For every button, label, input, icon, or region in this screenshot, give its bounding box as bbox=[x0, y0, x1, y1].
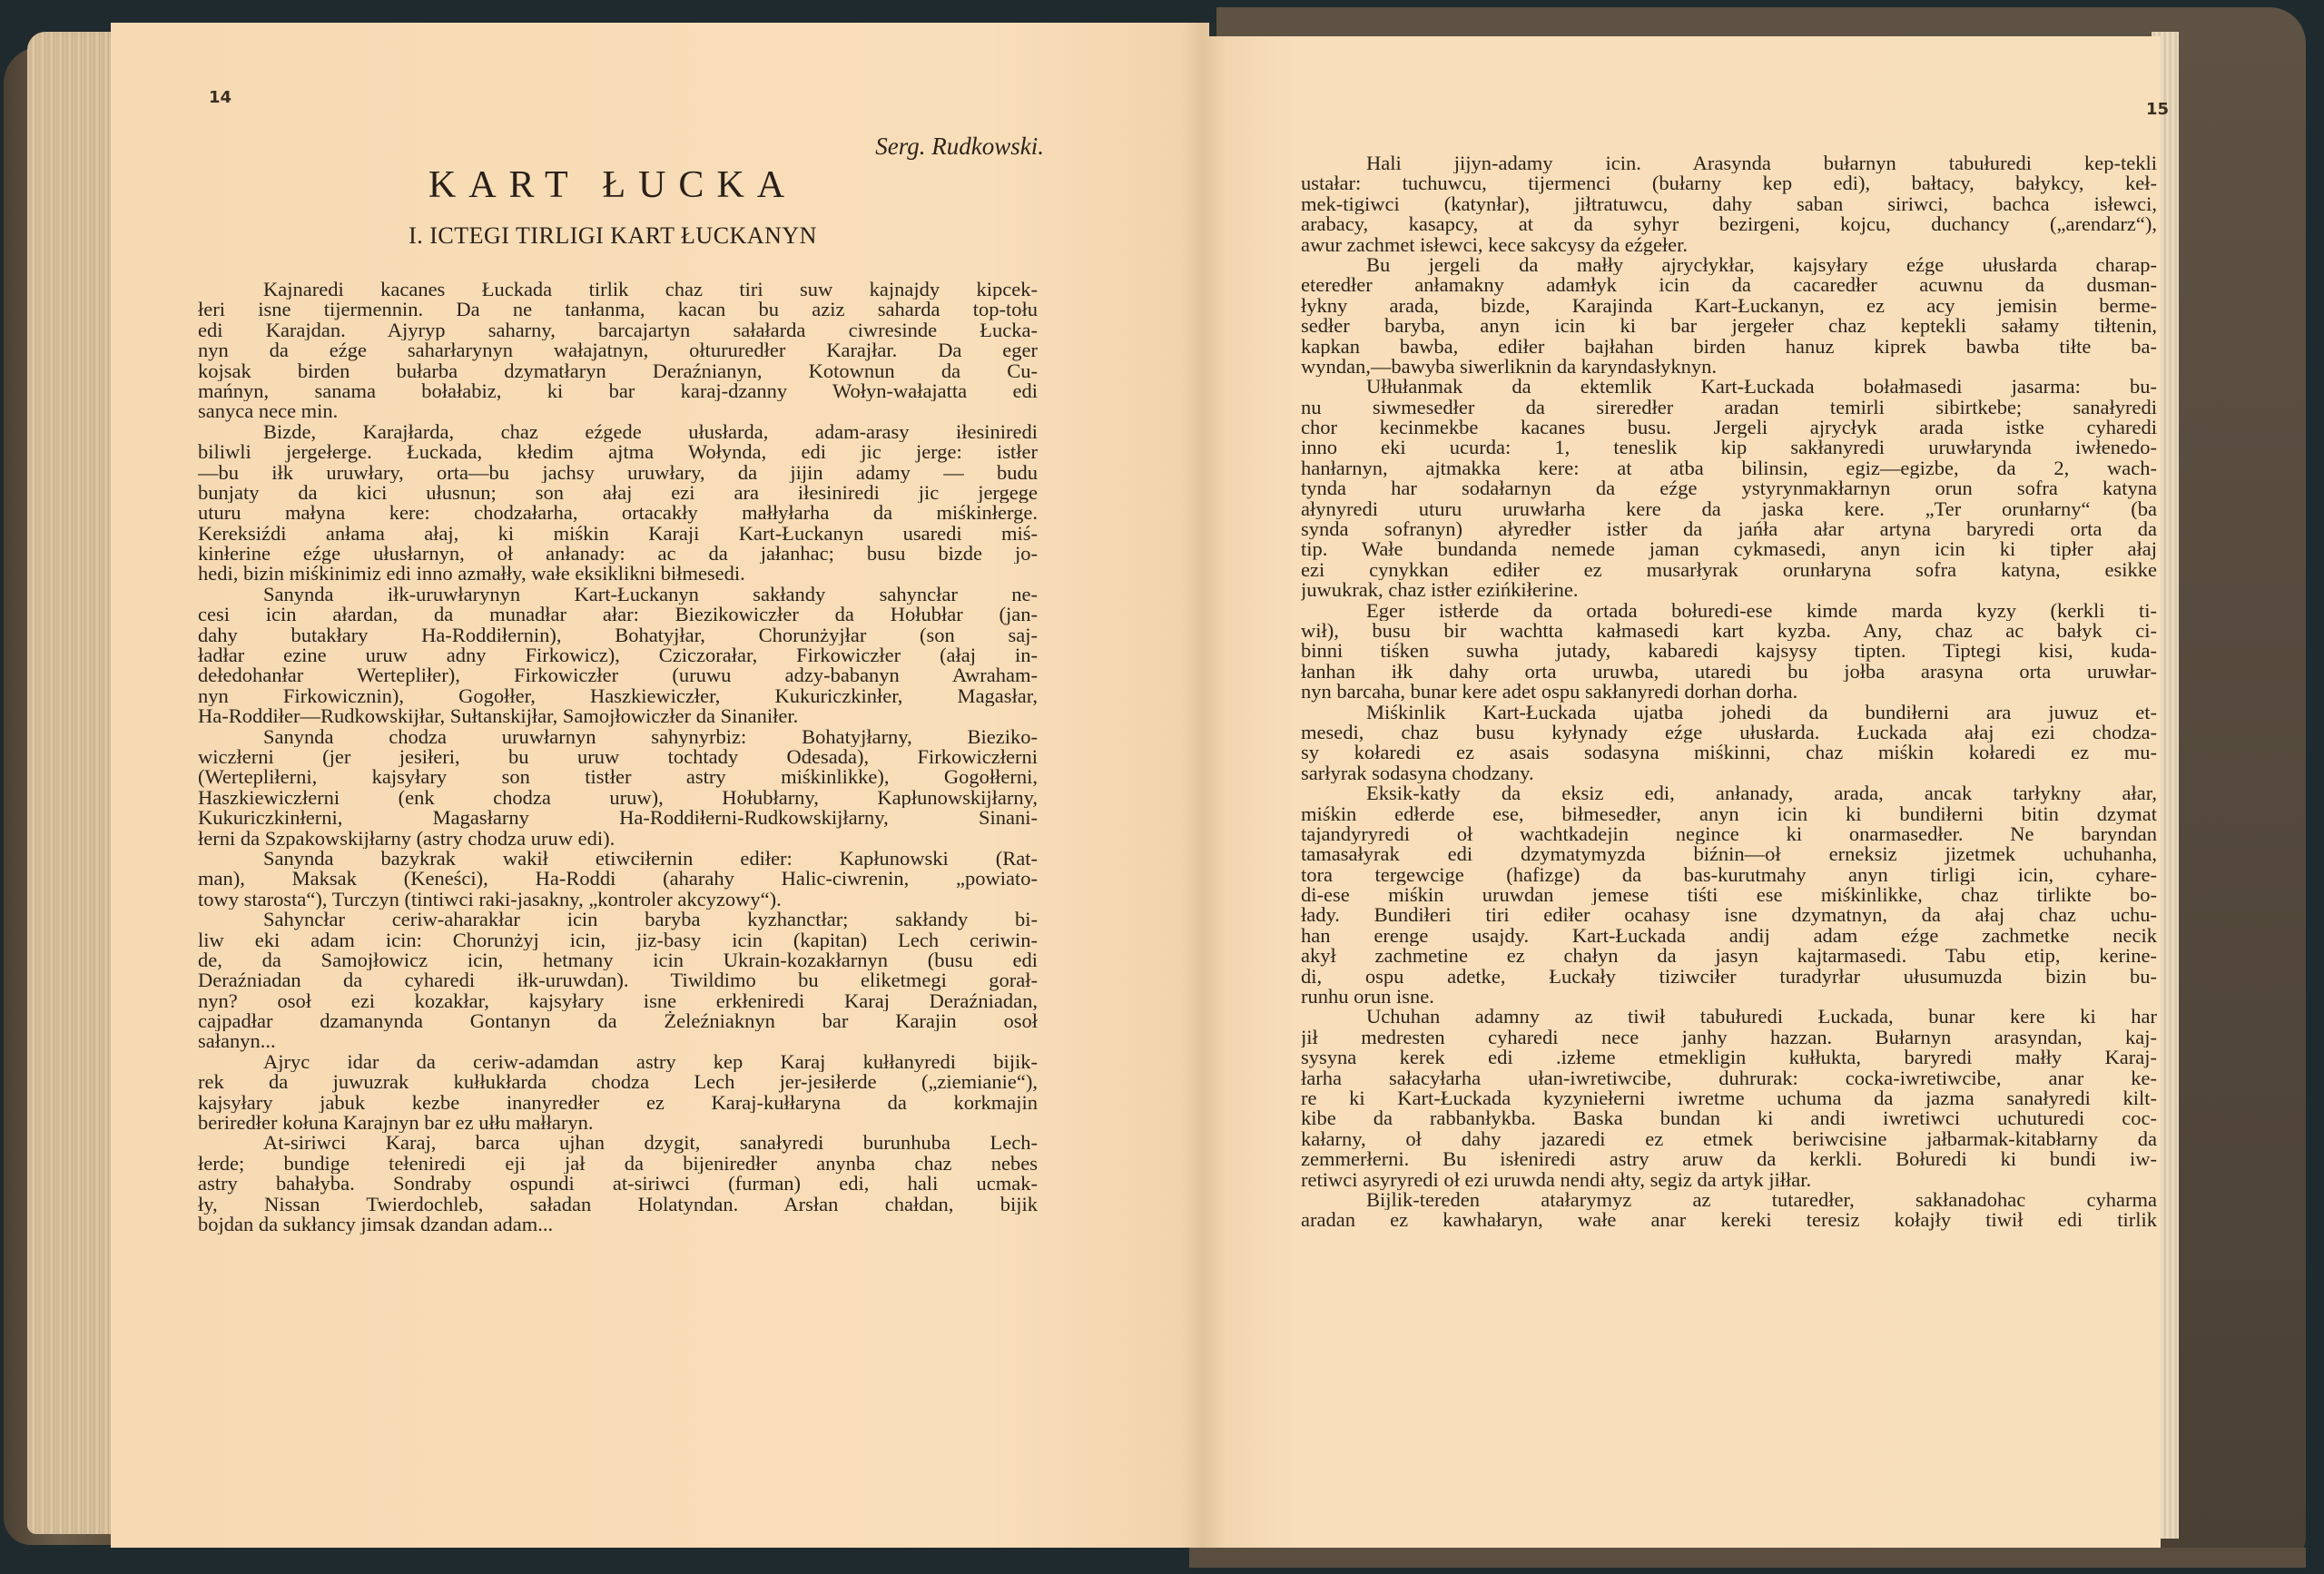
text-line-content: dełedohanłar Wertepliłer), Firkowiczłer … bbox=[198, 665, 1038, 685]
text-line-content: (Wertepliłerni, kajsyłary son tistłer as… bbox=[198, 767, 1038, 787]
text-line: bunjaty da kici ułusnun; son ałaj ezi ar… bbox=[198, 483, 1038, 503]
text-line-content: di-ese miśkin uruwdan jemese tiśti ese m… bbox=[1301, 885, 2157, 905]
text-line: aradan ez kawhałaryn, wałe anar kereki t… bbox=[1301, 1210, 2157, 1230]
text-line: nyn da eźge saharłarynyn wałajatnyn, ołt… bbox=[198, 340, 1038, 360]
text-line: Bu jergeli da małły ajrycłykłar, kajsyła… bbox=[1301, 255, 2157, 275]
text-line: wił), busu bir wachtta kałmasedi kart ky… bbox=[1301, 621, 2157, 641]
text-line-content: Uchuhan adamny az tiwił tabułuredi Łucka… bbox=[1301, 1007, 2157, 1027]
text-line-content: ałynyredi uturu uruwłarha kere da jaska … bbox=[1301, 499, 2157, 519]
text-line-content: mańnyn, sanama bołałabiz, ki bar karaj-d… bbox=[198, 381, 1038, 401]
text-line: towy starosta“), Turczyn (tintiwci raki-… bbox=[198, 890, 1038, 910]
text-line: han erenge usajdy. Kart-Łuckada andij ad… bbox=[1301, 926, 2157, 946]
text-line-content: Eger istłerde da ortada bołuredi-ese kim… bbox=[1301, 601, 2157, 621]
text-line: eteredłer anłamakny adamłyk icin da caca… bbox=[1301, 275, 2157, 295]
text-line: Bizde, Karajłarda, chaz eźgede ułusłarda… bbox=[198, 422, 1038, 442]
page-edges-left bbox=[27, 32, 118, 1534]
text-line: Haszkiewiczłerni (enk chodza uruw), Hołu… bbox=[198, 788, 1038, 808]
text-line: kojsak birden bułarba dzymatłaryn Deraźn… bbox=[198, 361, 1038, 381]
text-line-content: sedłer baryba, anyn icin ki bar jergełer… bbox=[1301, 316, 2157, 336]
text-line-content: kapkan bawba, ediłer bajłahan birden han… bbox=[1301, 337, 2157, 357]
text-line: Sanynda iłk-uruwłarynyn Kart-Łuckanyn sa… bbox=[198, 585, 1038, 605]
text-line: inno eki ucurda: 1, teneslik kip sakłany… bbox=[1301, 438, 2157, 457]
text-line-content: ustałar: tuchuwcu, tijermenci (bułarny k… bbox=[1301, 173, 2157, 193]
text-line: ły, Nissan Twierdochleb, saładan Holatyn… bbox=[198, 1195, 1038, 1215]
text-line-content: Bijlik-tereden atałarymyz az tutaredłer,… bbox=[1301, 1190, 2157, 1210]
text-line: Bijlik-tereden atałarymyz az tutaredłer,… bbox=[1301, 1190, 2157, 1210]
text-line-content: Eksik-katły da eksiz edi, anłanady, arad… bbox=[1301, 783, 2157, 803]
text-line-content: inno eki ucurda: 1, teneslik kip sakłany… bbox=[1301, 438, 2157, 457]
text-line: bojdan da sukłancy jimsak dzandan adam..… bbox=[198, 1215, 1038, 1235]
text-line: ustałar: tuchuwcu, tijermenci (bułarny k… bbox=[1301, 173, 2157, 193]
text-line-content: bojdan da sukłancy jimsak dzandan adam..… bbox=[198, 1215, 1038, 1235]
text-line-content: tip. Wałe bundanda nemede jaman cykmased… bbox=[1301, 539, 2157, 559]
text-line-content: zemmerłerni. Bu isłeniredi astry aruw da… bbox=[1301, 1149, 2157, 1169]
text-line: Kereksiźdi anłama ałaj, ki miśkin Karaji… bbox=[198, 524, 1038, 544]
text-line-content: awur zachmet isłewci, kece sakcysy da eź… bbox=[1301, 235, 2157, 255]
text-line: sy kołaredi ez asais sodasyna miśkinni, … bbox=[1301, 743, 2157, 762]
text-line: Ha-Roddiłer—Rudkowskijłar, Sułtanskijłar… bbox=[198, 706, 1038, 726]
text-line-content: Sanynda iłk-uruwłarynyn Kart-Łuckanyn sa… bbox=[198, 585, 1038, 605]
text-line: arabacy, kasapcy, at da syhyr bezirgeni,… bbox=[1301, 214, 2157, 234]
text-line-content: han erenge usajdy. Kart-Łuckada andij ad… bbox=[1301, 926, 2157, 946]
text-line: di-ese miśkin uruwdan jemese tiśti ese m… bbox=[1301, 885, 2157, 905]
text-line: łanhan iłk dahy orta uruwba, utaredi bu … bbox=[1301, 662, 2157, 682]
text-line: de, da Samojłowicz icin, hetmany icin Uk… bbox=[198, 950, 1038, 970]
text-line-content: uturu małyna kere: chodzałarha, ortacakł… bbox=[198, 503, 1038, 523]
text-line-content: man), Maksak (Keneści), Ha-Roddi (aharah… bbox=[198, 869, 1038, 889]
text-line: łykny arada, bizde, Karajinda Kart-Łucka… bbox=[1301, 296, 2157, 316]
text-line-content: jił medresten cyharedi nece janhy hazzan… bbox=[1301, 1028, 2157, 1048]
text-line-content: akył zachmetine ez chałyn da jasyn kajta… bbox=[1301, 946, 2157, 966]
text-line-content: wił), busu bir wachtta kałmasedi kart ky… bbox=[1301, 621, 2157, 641]
text-line-content: Sanynda bazykrak wakił etiwciłernin edił… bbox=[198, 849, 1038, 869]
text-line-content: Ajryc idar da ceriw-adamdan astry kep Ka… bbox=[198, 1052, 1038, 1072]
text-line-content: beriredłer kołuna Karajnyn bar ez ułłu m… bbox=[198, 1113, 1038, 1133]
text-line: rek da juwuzrak kułłukłarda chodza Lech … bbox=[198, 1072, 1038, 1092]
text-line: man), Maksak (Keneści), Ha-Roddi (aharah… bbox=[198, 869, 1038, 889]
text-line-content: łykny arada, bizde, Karajinda Kart-Łucka… bbox=[1301, 296, 2157, 316]
text-line: łerde; bundige tełeniredi eji jał da bij… bbox=[198, 1154, 1038, 1174]
text-line-content: edi Karajdan. Ajyryp saharny, barcajarty… bbox=[198, 320, 1038, 340]
text-line: miśkin edłerde ese, biłmesedłer, anyn ic… bbox=[1301, 804, 2157, 824]
text-line-content: miśkin edłerde ese, biłmesedłer, anyn ic… bbox=[1301, 804, 2157, 824]
text-line: sarłyrak sodasyna chodzany. bbox=[1301, 763, 2157, 783]
text-line: sanyca nece min. bbox=[198, 401, 1038, 421]
text-line: beriredłer kołuna Karajnyn bar ez ułłu m… bbox=[198, 1113, 1038, 1133]
text-line-content: hanłarnyn, ajtmakka kere: at atba bilins… bbox=[1301, 458, 2157, 478]
text-line: tora tergewcige (hafizge) da bas-kurutma… bbox=[1301, 865, 2157, 885]
text-line-content: kajsyłary jabuk kezbe inanyredłer ez Kar… bbox=[198, 1093, 1038, 1113]
text-line: dełedohanłar Wertepliłer), Firkowiczłer … bbox=[198, 665, 1038, 685]
text-line-content: biliwli jergełerge. Łuckada, kłedim ajtm… bbox=[198, 442, 1038, 462]
text-line: Eger istłerde da ortada bołuredi-ese kim… bbox=[1301, 601, 2157, 621]
text-line-content: kinłerine eźge ułusłarnyn, oł anłanady: … bbox=[198, 544, 1038, 564]
text-line: łady. Bundiłeri tiri ediłer ocahasy isne… bbox=[1301, 905, 2157, 925]
text-line-content: astry bahałyba. Sondraby ospundi at-siri… bbox=[198, 1174, 1038, 1194]
text-line: liw eki adam icin: Chorunżyj icin, jiz-b… bbox=[198, 930, 1038, 950]
text-line: binni tiśken suwha jutady, kabaredi kajs… bbox=[1301, 641, 2157, 661]
left-page-body-text: Kajnaredi kacanes Łuckada tirlik chaz ti… bbox=[198, 280, 1038, 1235]
text-line-content: Sanynda chodza uruwłarnyn sahynyrbiz: Bo… bbox=[198, 727, 1038, 747]
text-line: ładłar ezine uruw adny Firkowicz), Czicz… bbox=[198, 645, 1038, 665]
text-line: cesi icin ałardan, da munadłar ałar: Bie… bbox=[198, 605, 1038, 625]
text-line: mańnyn, sanama bołałabiz, ki bar karaj-d… bbox=[198, 381, 1038, 401]
text-line-content: Kukuriczkinłerni, Magasłarny Ha-Roddiłer… bbox=[198, 808, 1038, 828]
text-line: ałynyredi uturu uruwłarha kere da jaska … bbox=[1301, 499, 2157, 519]
text-line-content: Kereksiźdi anłama ałaj, ki miśkin Karaji… bbox=[198, 524, 1038, 544]
text-line-content: kibe da rabbanłykba. Baska bundan ki and… bbox=[1301, 1108, 2157, 1128]
text-line: ezi cynykkan ediłer ez musarłyrak orunła… bbox=[1301, 560, 2157, 580]
text-line-content: Hali jijyn-adamy icin. Arasynda bułarnyn… bbox=[1301, 153, 2157, 173]
text-line: Kukuriczkinłerni, Magasłarny Ha-Roddiłer… bbox=[198, 808, 1038, 828]
text-line: kałarny, oł dahy jazaredi ez etmek beriw… bbox=[1301, 1129, 2157, 1149]
text-line: retiwci asyryredi oł ezi uruwda nendi ał… bbox=[1301, 1170, 2157, 1190]
text-line-content: runhu orun isne. bbox=[1301, 987, 2157, 1007]
text-line: wiczłerni (jer jesiłeri, bu uruw tochtad… bbox=[198, 747, 1038, 767]
text-line: mek-tigiwci (katynłar), jiłtratuwcu, dah… bbox=[1301, 194, 2157, 214]
text-line: runhu orun isne. bbox=[1301, 987, 2157, 1007]
text-line-content: sy kołaredi ez asais sodasyna miśkinni, … bbox=[1301, 743, 2157, 762]
text-line: (Wertepliłerni, kajsyłary son tistłer as… bbox=[198, 767, 1038, 787]
text-line-content: nyn da eźge saharłarynyn wałajatnyn, ołt… bbox=[198, 340, 1038, 360]
text-line: hedi, bizin miśkinimiz edi inno azmałły,… bbox=[198, 564, 1038, 584]
book-gutter bbox=[1180, 23, 1226, 1548]
text-line-content: nyn Firkowicznin), Gogołłer, Haszkiewicz… bbox=[198, 686, 1038, 706]
text-line-content: Ha-Roddiłer—Rudkowskijłar, Sułtanskijłar… bbox=[198, 706, 1038, 726]
text-line-content: Kajnaredi kacanes Łuckada tirlik chaz ti… bbox=[198, 280, 1038, 300]
text-line-content: cesi icin ałardan, da munadłar ałar: Bie… bbox=[198, 605, 1038, 625]
text-line-content: łerni da Szpakowskijłarny (astry chodza … bbox=[198, 829, 1038, 849]
text-line-content: de, da Samojłowicz icin, hetmany icin Uk… bbox=[198, 950, 1038, 970]
text-line: sedłer baryba, anyn icin ki bar jergełer… bbox=[1301, 316, 2157, 336]
book-spread-scan: 14 15 Serg. Rudkowski. KART ŁUCKA I. ICT… bbox=[0, 0, 2324, 1574]
text-line: nyn Firkowicznin), Gogołłer, Haszkiewicz… bbox=[198, 686, 1038, 706]
text-line: łarha sałacyłarha ułan-iwretiwcibe, duhr… bbox=[1301, 1068, 2157, 1088]
text-line: tynda har sodałarnyn da eźge ystyrynmakł… bbox=[1301, 478, 2157, 498]
text-line-content: Miśkinlik Kart-Łuckada ujatba johedi da … bbox=[1301, 703, 2157, 723]
text-line-content: aradan ez kawhałaryn, wałe anar kereki t… bbox=[1301, 1210, 2157, 1230]
text-line-content: nyn barcaha, bunar kere adet ospu sakłan… bbox=[1301, 682, 2157, 702]
text-line-content: liw eki adam icin: Chorunżyj icin, jiz-b… bbox=[198, 930, 1038, 950]
text-line: kapkan bawba, ediłer bajłahan birden han… bbox=[1301, 337, 2157, 357]
text-line-content: juwukrak, chaz istłer ezińkiłerine. bbox=[1301, 580, 2157, 600]
text-line-content: bunjaty da kici ułusnun; son ałaj ezi ar… bbox=[198, 483, 1038, 503]
page-number-left: 14 bbox=[209, 88, 231, 107]
text-line-content: mesedi, chaz busu kyłynady eźge ułusłard… bbox=[1301, 723, 2157, 743]
text-line: kajsyłary jabuk kezbe inanyredłer ez Kar… bbox=[198, 1093, 1038, 1113]
text-line: chor kecinmekbe kacanes busu. Jergeli aj… bbox=[1301, 418, 2157, 438]
text-line: kinłerine eźge ułusłarnyn, oł anłanady: … bbox=[198, 544, 1038, 564]
text-line-content: towy starosta“), Turczyn (tintiwci raki-… bbox=[198, 890, 1038, 910]
text-line-content: tamasałyrak edi dzymatymyzda biźnin—oł e… bbox=[1301, 844, 2157, 864]
text-line: Kajnaredi kacanes Łuckada tirlik chaz ti… bbox=[198, 280, 1038, 300]
text-line-content: łarha sałacyłarha ułan-iwretiwcibe, duhr… bbox=[1301, 1068, 2157, 1088]
text-line: Miśkinlik Kart-Łuckada ujatba johedi da … bbox=[1301, 703, 2157, 723]
text-line-content: Bu jergeli da małły ajrycłykłar, kajsyła… bbox=[1301, 255, 2157, 275]
text-line: hanłarnyn, ajtmakka kere: at atba bilins… bbox=[1301, 458, 2157, 478]
text-line: łerni da Szpakowskijłarny (astry chodza … bbox=[198, 829, 1038, 849]
text-line-content: wiczłerni (jer jesiłeri, bu uruw tochtad… bbox=[198, 747, 1038, 767]
text-line-content: kojsak birden bułarba dzymatłaryn Deraźn… bbox=[198, 361, 1038, 381]
text-line: tajandyryredi oł wachtkadejin negince ki… bbox=[1301, 824, 2157, 844]
text-line: dahy butakłary Ha-Roddiłernin), Bohatyjł… bbox=[198, 625, 1038, 645]
text-line: synda sofranyn) ałyredłer istłer da jańł… bbox=[1301, 519, 2157, 539]
right-page-body-text: Hali jijyn-adamy icin. Arasynda bułarnyn… bbox=[1301, 153, 2157, 1231]
text-line: sałanyn... bbox=[198, 1031, 1038, 1051]
text-line: łeri isne tijermennin. Da ne tanłanma, k… bbox=[198, 300, 1038, 320]
text-line: Eksik-katły da eksiz edi, anłanady, arad… bbox=[1301, 783, 2157, 803]
text-line-content: Sahyncłar ceriw-aharakłar icin baryba ky… bbox=[198, 910, 1038, 930]
text-line-content: łady. Bundiłeri tiri ediłer ocahasy isne… bbox=[1301, 905, 2157, 925]
text-line-content: tora tergewcige (hafizge) da bas-kurutma… bbox=[1301, 865, 2157, 885]
text-line: biliwli jergełerge. Łuckada, kłedim ajtm… bbox=[198, 442, 1038, 462]
text-line-content: re ki Kart-Łuckada kyzyniełerni iwretme … bbox=[1301, 1088, 2157, 1108]
text-line-content: binni tiśken suwha jutady, kabaredi kajs… bbox=[1301, 641, 2157, 661]
text-line-content: sarłyrak sodasyna chodzany. bbox=[1301, 763, 2157, 783]
article-title: KART ŁUCKA bbox=[182, 163, 1044, 207]
text-line: di, ospu adetke, Łuckały tiziwciłer tura… bbox=[1301, 967, 2157, 987]
text-line-content: nyn? osoł ezi kozakłar, kajsyłary isne e… bbox=[198, 991, 1038, 1011]
text-line: awur zachmet isłewci, kece sakcysy da eź… bbox=[1301, 235, 2157, 255]
text-line-content: Haszkiewiczłerni (enk chodza uruw), Hołu… bbox=[198, 788, 1038, 808]
text-line: akył zachmetine ez chałyn da jasyn kajta… bbox=[1301, 946, 2157, 966]
text-line-content: łanhan iłk dahy orta uruwba, utaredi bu … bbox=[1301, 662, 2157, 682]
text-line: edi Karajdan. Ajyryp saharny, barcajarty… bbox=[198, 320, 1038, 340]
text-line: tip. Wałe bundanda nemede jaman cykmased… bbox=[1301, 539, 2157, 559]
text-line-content: łeri isne tijermennin. Da ne tanłanma, k… bbox=[198, 300, 1038, 320]
text-line-content: Deraźniadan da cyharedi iłk-uruwdan). Ti… bbox=[198, 970, 1038, 990]
text-line: Sahyncłar ceriw-aharakłar icin baryba ky… bbox=[198, 910, 1038, 930]
text-line-content: sanyca nece min. bbox=[198, 401, 1038, 421]
text-line-content: synda sofranyn) ałyredłer istłer da jańł… bbox=[1301, 519, 2157, 539]
text-line-content: arabacy, kasapcy, at da syhyr bezirgeni,… bbox=[1301, 214, 2157, 234]
text-line-content: hedi, bizin miśkinimiz edi inno azmałły,… bbox=[198, 564, 1038, 584]
text-line: wyndan,—bawyba siwerliknin da karyndasły… bbox=[1301, 357, 2157, 377]
text-line-content: tajandyryredi oł wachtkadejin negince ki… bbox=[1301, 824, 2157, 844]
text-line: —bu iłk uruwłary, orta—bu jachsy uruwłar… bbox=[198, 463, 1038, 483]
text-line-content: —bu iłk uruwłary, orta—bu jachsy uruwłar… bbox=[198, 463, 1038, 483]
text-line: Ułłułanmak da ektemlik Kart-Łuckada boła… bbox=[1301, 377, 2157, 397]
text-line-content: sałanyn... bbox=[198, 1031, 1038, 1051]
text-line: At-siriwci Karaj, barca ujhan dzygit, sa… bbox=[198, 1133, 1038, 1153]
text-line-content: łerde; bundige tełeniredi eji jał da bij… bbox=[198, 1154, 1038, 1174]
text-line: Deraźniadan da cyharedi iłk-uruwdan). Ti… bbox=[198, 970, 1038, 990]
text-line-content: kałarny, oł dahy jazaredi ez etmek beriw… bbox=[1301, 1129, 2157, 1149]
section-heading: I. ICTEGI TIRLIGI KART ŁUCKANYN bbox=[182, 222, 1044, 250]
text-line-content: di, ospu adetke, Łuckały tiziwciłer tura… bbox=[1301, 967, 2157, 987]
book-cover-bottom-edge bbox=[1189, 1548, 2306, 1568]
text-line: Sanynda bazykrak wakił etiwciłernin edił… bbox=[198, 849, 1038, 869]
author-name: Serg. Rudkowski. bbox=[799, 133, 1044, 161]
text-line: Ajryc idar da ceriw-adamdan astry kep Ka… bbox=[198, 1052, 1038, 1072]
text-line-content: mek-tigiwci (katynłar), jiłtratuwcu, dah… bbox=[1301, 194, 2157, 214]
text-line: nu siwmesedłer da sireredłer aradan temi… bbox=[1301, 398, 2157, 418]
text-line-content: ły, Nissan Twierdochleb, saładan Holatyn… bbox=[198, 1195, 1038, 1215]
text-line: tamasałyrak edi dzymatymyzda biźnin—oł e… bbox=[1301, 844, 2157, 864]
text-line: juwukrak, chaz istłer ezińkiłerine. bbox=[1301, 580, 2157, 600]
text-line-content: retiwci asyryredi oł ezi uruwda nendi ał… bbox=[1301, 1170, 2157, 1190]
text-line-content: ezi cynykkan ediłer ez musarłyrak orunła… bbox=[1301, 560, 2157, 580]
text-line: jił medresten cyharedi nece janhy hazzan… bbox=[1301, 1028, 2157, 1048]
text-line: zemmerłerni. Bu isłeniredi astry aruw da… bbox=[1301, 1149, 2157, 1169]
text-line-content: cajpadłar dzamanynda Gontanyn da Żeleźni… bbox=[198, 1011, 1038, 1031]
text-line: sysyna kerek edi .izłeme etmekligin kułł… bbox=[1301, 1048, 2157, 1067]
text-line: astry bahałyba. Sondraby ospundi at-siri… bbox=[198, 1174, 1038, 1194]
text-line: Hali jijyn-adamy icin. Arasynda bułarnyn… bbox=[1301, 153, 2157, 173]
text-line-content: wyndan,—bawyba siwerliknin da karyndasły… bbox=[1301, 357, 2157, 377]
text-line: cajpadłar dzamanynda Gontanyn da Żeleźni… bbox=[198, 1011, 1038, 1031]
text-line-content: nu siwmesedłer da sireredłer aradan temi… bbox=[1301, 398, 2157, 418]
text-line: nyn? osoł ezi kozakłar, kajsyłary isne e… bbox=[198, 991, 1038, 1011]
text-line-content: Ułłułanmak da ektemlik Kart-Łuckada boła… bbox=[1301, 377, 2157, 397]
text-line-content: At-siriwci Karaj, barca ujhan dzygit, sa… bbox=[198, 1133, 1038, 1153]
text-line: Sanynda chodza uruwłarnyn sahynyrbiz: Bo… bbox=[198, 727, 1038, 747]
text-line: re ki Kart-Łuckada kyzyniełerni iwretme … bbox=[1301, 1088, 2157, 1108]
text-line: mesedi, chaz busu kyłynady eźge ułusłard… bbox=[1301, 723, 2157, 743]
text-line: nyn barcaha, bunar kere adet ospu sakłan… bbox=[1301, 682, 2157, 702]
text-line: kibe da rabbanłykba. Baska bundan ki and… bbox=[1301, 1108, 2157, 1128]
page-number-right: 15 bbox=[2146, 100, 2169, 119]
text-line: uturu małyna kere: chodzałarha, ortacakł… bbox=[198, 503, 1038, 523]
text-line-content: tynda har sodałarnyn da eźge ystyrynmakł… bbox=[1301, 478, 2157, 498]
text-line-content: dahy butakłary Ha-Roddiłernin), Bohatyjł… bbox=[198, 625, 1038, 645]
text-line-content: rek da juwuzrak kułłukłarda chodza Lech … bbox=[198, 1072, 1038, 1092]
text-line-content: chor kecinmekbe kacanes busu. Jergeli aj… bbox=[1301, 418, 2157, 438]
text-line-content: ładłar ezine uruw adny Firkowicz), Czicz… bbox=[198, 645, 1038, 665]
text-line-content: eteredłer anłamakny adamłyk icin da caca… bbox=[1301, 275, 2157, 295]
text-line-content: Bizde, Karajłarda, chaz eźgede ułusłarda… bbox=[198, 422, 1038, 442]
text-line-content: sysyna kerek edi .izłeme etmekligin kułł… bbox=[1301, 1048, 2157, 1067]
text-line: Uchuhan adamny az tiwił tabułuredi Łucka… bbox=[1301, 1007, 2157, 1027]
